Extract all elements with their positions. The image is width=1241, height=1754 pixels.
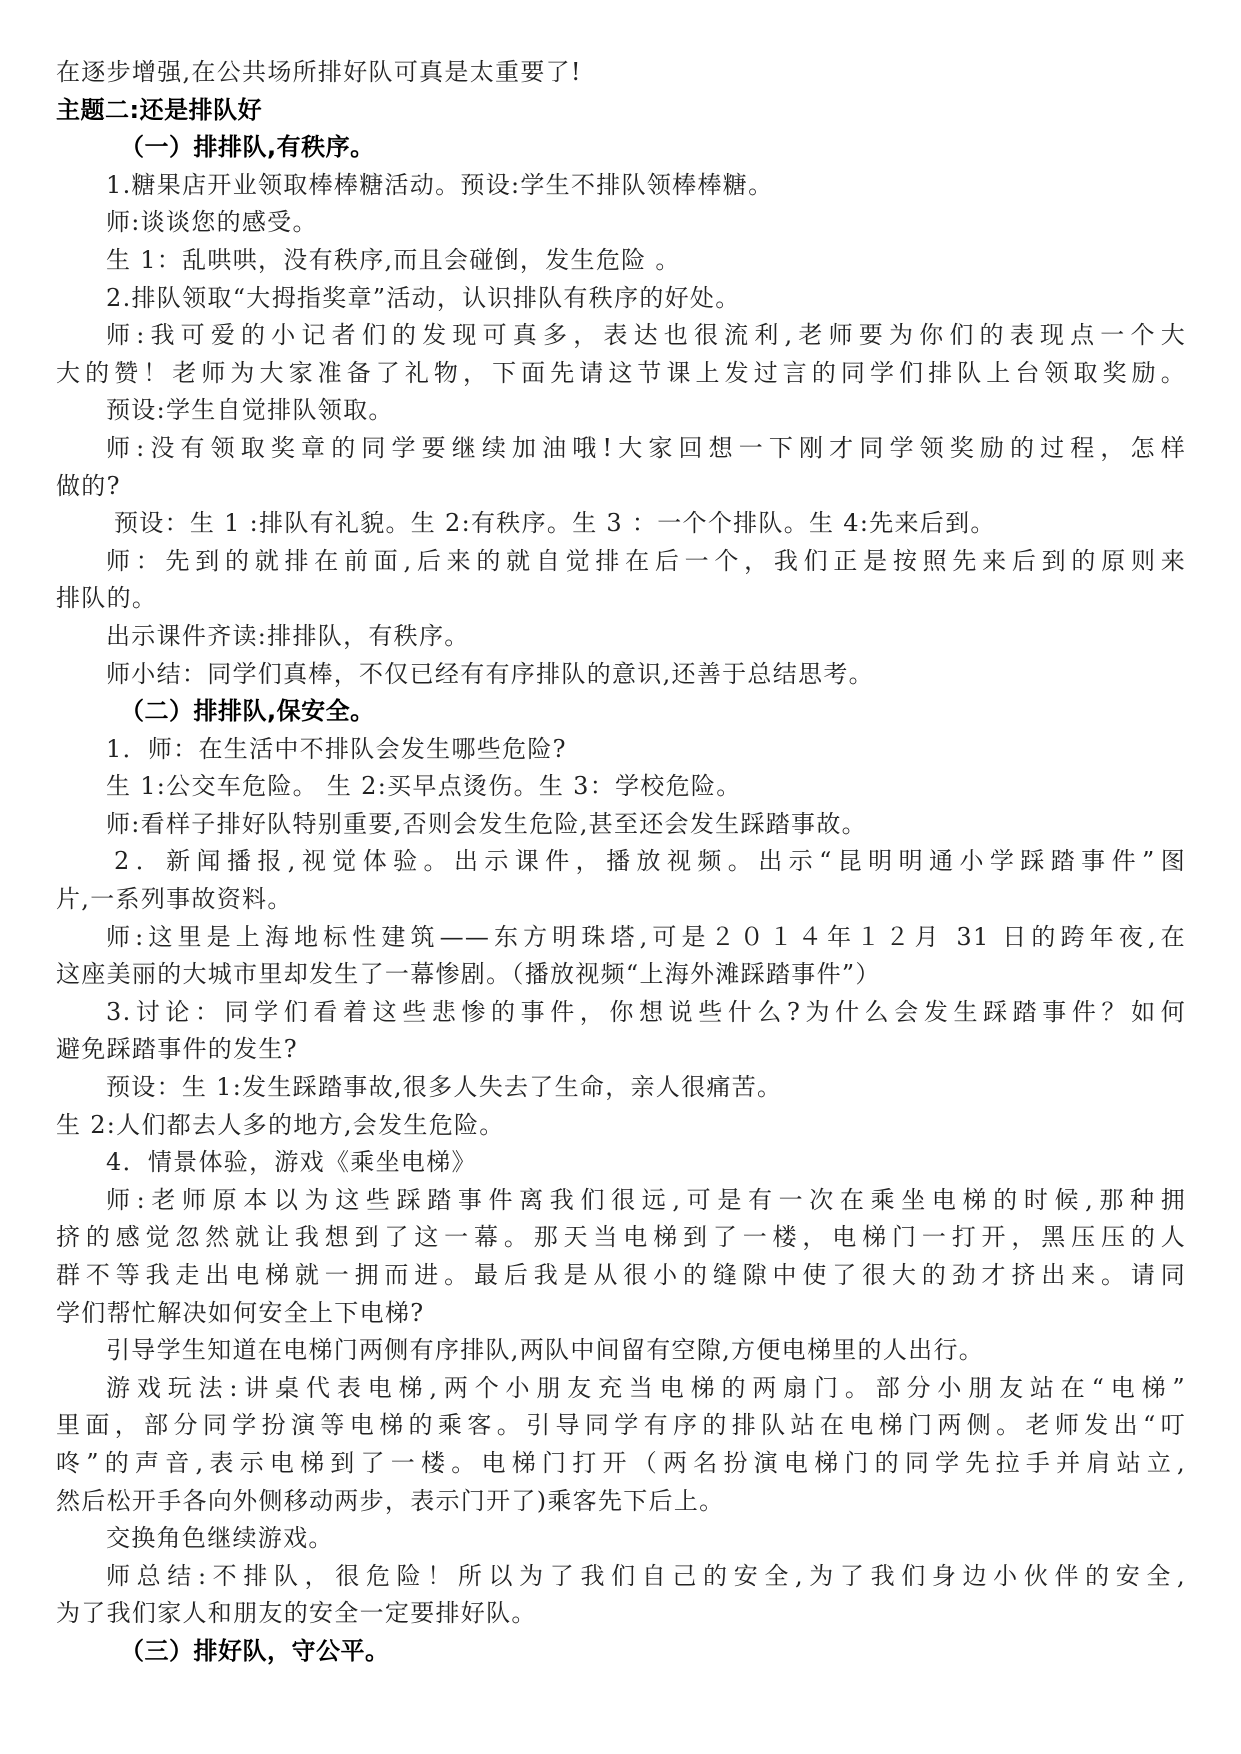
activity-3-discussion: 3.讨论：同学们看着这些悲惨的事件，你想说些什么?为什么会发生踩踏事件？如何	[56, 994, 1186, 1032]
section-heading-theme-2: 主题二:还是排队好	[56, 92, 1186, 130]
subheading-1-order: （一）排排队,有秩序。	[56, 129, 1186, 167]
activity-1-candy-store: 1.糖果店开业领取棒棒糖活动。预设:学生不排队领棒棒糖。	[56, 167, 1186, 205]
teacher-line: 师:这里是上海地标性建筑——东方明珠塔,可是２０１４年１２月 31 日的跨年夜,…	[56, 919, 1186, 957]
teacher-line: 师:没有领取奖章的同学要继续加油哦!大家回想一下刚才同学领奖励的过程，怎样	[56, 430, 1186, 468]
teacher-line-cont: 这座美丽的大城市里却发生了一幕惨剧。（播放视频“上海外滩踩踏事件”）	[56, 956, 1186, 994]
student-line: 生 1：乱哄哄，没有秩序,而且会碰倒，发生危险 。	[56, 242, 1186, 280]
game-rules: 游戏玩法:讲桌代表电梯,两个小朋友充当电梯的两扇门。部分小朋友站在“电梯”	[56, 1370, 1186, 1408]
teacher-line-cont: 大的赞！老师为大家准备了礼物，下面先请这节课上发过言的同学们排队上台领取奖励。	[56, 355, 1186, 393]
teacher-line-cont: 群不等我走出电梯就一拥而进。最后我是从很小的缝隙中使了很大的劲才挤出来。请同	[56, 1257, 1186, 1295]
preset-line: 预设:学生自觉排队领取。	[56, 392, 1186, 430]
student-line: 生 2:人们都去人多的地方,会发生危险。	[56, 1107, 1186, 1145]
guidance-line: 引导学生知道在电梯门两侧有序排队,两队中间留有空隙,方便电梯里的人出行。	[56, 1332, 1186, 1370]
courseware-reading: 出示课件齐读:排排队，有秩序。	[56, 618, 1186, 656]
teacher-line-cont: 挤的感觉忽然就让我想到了这一幕。那天当电梯到了一楼，电梯门一打开，黑压压的人	[56, 1219, 1186, 1257]
swap-roles-line: 交换角色继续游戏。	[56, 1520, 1186, 1558]
activity-4-elevator-game: 4．情景体验，游戏《乘坐电梯》	[56, 1144, 1186, 1182]
activity-2-thumb-badge: 2.排队领取“大拇指奖章”活动，认识排队有秩序的好处。	[56, 280, 1186, 318]
paragraph-continuation: 在逐步增强,在公共场所排好队可真是太重要了!	[56, 54, 1186, 92]
document-page: 在逐步增强,在公共场所排好队可真是太重要了! 主题二:还是排队好 （一）排排队,…	[56, 54, 1186, 1671]
teacher-conclusion-cont: 为了我们家人和朋友的安全一定要排好队。	[56, 1595, 1186, 1633]
teacher-line-cont: 排队的。	[56, 580, 1186, 618]
teacher-line: 师：先到的就排在前面,后来的就自觉排在后一个，我们正是按照先来后到的原则来	[56, 543, 1186, 581]
game-rules-cont: 然后松开手各向外侧移动两步，表示门开了)乘客先下后上。	[56, 1483, 1186, 1521]
preset-line: 预设：生 1:发生踩踏事故,很多人失去了生命，亲人很痛苦。	[56, 1069, 1186, 1107]
activity-2-news: 2．新闻播报,视觉体验。出示课件，播放视频。出示“昆明明通小学踩踏事件”图	[56, 843, 1186, 881]
game-rules-cont: 里面，部分同学扮演等电梯的乘客。引导同学有序的排队站在电梯门两侧。老师发出“叮	[56, 1407, 1186, 1445]
teacher-line-cont: 做的?	[56, 468, 1186, 506]
activity-3-discussion-cont: 避免踩踏事件的发生?	[56, 1031, 1186, 1069]
teacher-line: 师:谈谈您的感受。	[56, 204, 1186, 242]
teacher-summary: 师小结：同学们真棒，不仅已经有有序排队的意识,还善于总结思考。	[56, 656, 1186, 694]
activity-2-news-cont: 片,一系列事故资料。	[56, 881, 1186, 919]
activity-1-question: 1．师：在生活中不排队会发生哪些危险?	[56, 731, 1186, 769]
game-rules-cont: 咚”的声音,表示电梯到了一楼。电梯门打开（两名扮演电梯门的同学先拉手并肩站立,	[56, 1445, 1186, 1483]
preset-line: 预设：生 1 :排队有礼貌。生 2:有秩序。生 3 ：一个个排队。生 4:先来后…	[56, 505, 1186, 543]
subheading-3-fairness: （三）排好队，守公平。	[56, 1633, 1186, 1671]
student-line: 生 1:公交车危险。 生 2:买早点烫伤。生 3：学校危险。	[56, 768, 1186, 806]
teacher-line: 师:看样子排好队特别重要,否则会发生危险,甚至还会发生踩踏事故。	[56, 806, 1186, 844]
teacher-line-cont: 学们帮忙解决如何安全上下电梯?	[56, 1295, 1186, 1333]
teacher-conclusion: 师总结:不排队，很危险！所以为了我们自己的安全,为了我们身边小伙伴的安全,	[56, 1558, 1186, 1596]
subheading-2-safety: （二）排排队,保安全。	[56, 693, 1186, 731]
teacher-line: 师:我可爱的小记者们的发现可真多，表达也很流利,老师要为你们的表现点一个大	[56, 317, 1186, 355]
teacher-line: 师:老师原本以为这些踩踏事件离我们很远,可是有一次在乘坐电梯的时候,那种拥	[56, 1182, 1186, 1220]
